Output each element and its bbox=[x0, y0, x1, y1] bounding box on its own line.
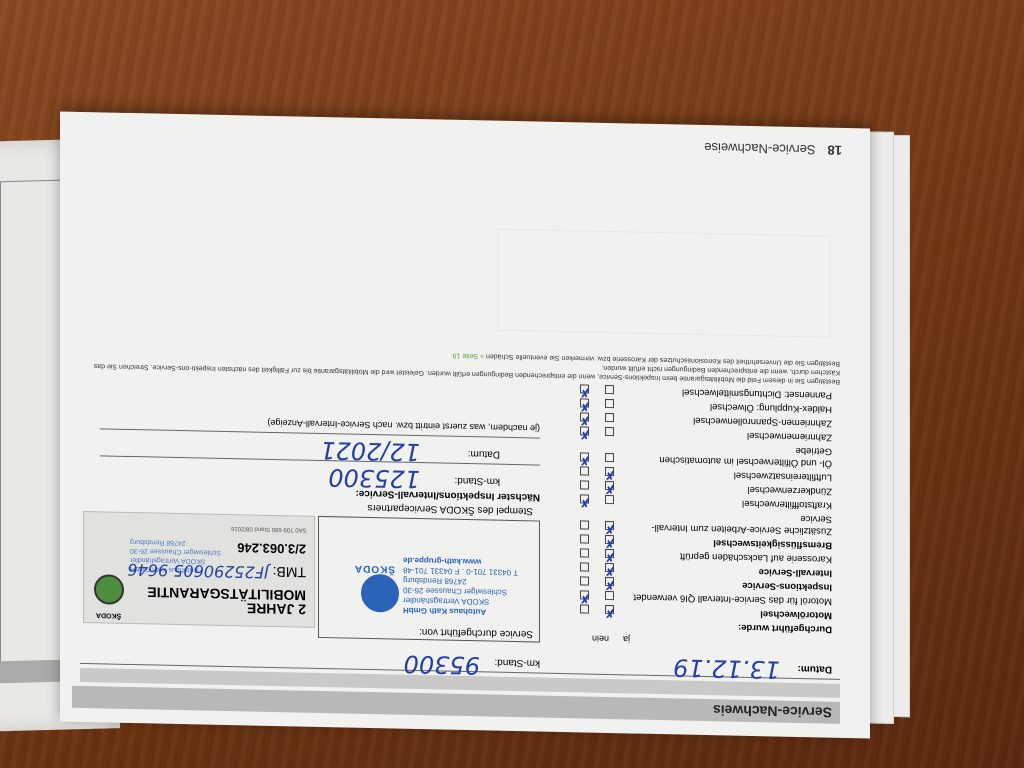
checkbox-nein[interactable]: ✗ bbox=[580, 412, 589, 421]
handwritten-cross-icon: ✗ bbox=[580, 496, 590, 508]
checkbox-nein[interactable] bbox=[580, 480, 589, 489]
checklist-item: Öl- und Ölfilterwechsel im automatischen… bbox=[562, 439, 832, 469]
checkbox-ja[interactable]: ✗ bbox=[605, 605, 614, 614]
handwritten-cross-icon: ✗ bbox=[580, 454, 590, 466]
next-date-handwritten: 12/2021 bbox=[320, 436, 420, 466]
handwritten-cross-icon: ✗ bbox=[605, 565, 615, 577]
checkbox-nein[interactable] bbox=[580, 548, 589, 557]
handwritten-cross-icon: ✗ bbox=[605, 483, 615, 495]
skoda-green-logo-icon bbox=[94, 574, 124, 605]
no-label: nein bbox=[592, 634, 609, 644]
checkbox-ja[interactable]: ✗ bbox=[605, 535, 614, 544]
checkbox-nein[interactable] bbox=[580, 534, 589, 543]
checkbox-nein[interactable]: ✗ bbox=[580, 452, 589, 461]
page-link[interactable]: » Seite 19. bbox=[451, 352, 484, 360]
checkbox-ja[interactable] bbox=[605, 453, 614, 462]
checkbox-ja[interactable]: ✗ bbox=[605, 563, 614, 572]
date-label: Datum: bbox=[798, 663, 832, 675]
checkbox-ja[interactable]: ✗ bbox=[605, 577, 614, 586]
km-handwritten: 95300 bbox=[404, 650, 480, 680]
yes-no-header: ja nein bbox=[592, 634, 630, 645]
checkbox-nein[interactable]: ✗ bbox=[580, 426, 589, 435]
checkbox-ja[interactable] bbox=[605, 591, 614, 600]
handwritten-cross-icon: ✗ bbox=[605, 469, 615, 481]
skoda-wordmark: ŠKODA bbox=[354, 563, 395, 575]
stamp-caption: Stempel des ŠKODA Servicepartners bbox=[367, 502, 533, 516]
checkbox-nein[interactable] bbox=[580, 562, 589, 571]
service-page: 18 Service-Nachweise Service-Nachweis Da… bbox=[60, 112, 870, 739]
handwritten-cross-icon: ✗ bbox=[580, 414, 590, 426]
checkbox-nein[interactable] bbox=[580, 520, 589, 529]
dealer-address: Autohaus Kath GmbH SKODA Vertragshändler… bbox=[403, 555, 523, 618]
handwritten-cross-icon: ✗ bbox=[605, 537, 615, 549]
sticker-title: 2 JAHRE MOBILITÄTSGARANTIE bbox=[147, 585, 306, 616]
checkbox-ja[interactable]: ✗ bbox=[605, 481, 614, 490]
sticker-brand: ŠKODA bbox=[96, 611, 121, 619]
checkbox-ja[interactable]: ✗ bbox=[605, 467, 614, 476]
service-record-form: Datum: 13.12.19 km-Stand: 95300 ja nein … bbox=[80, 373, 840, 680]
dealer-stamp: ŠKODA Autohaus Kath GmbH SKODA Vertragsh… bbox=[333, 537, 523, 621]
handwritten-cross-icon: ✗ bbox=[580, 386, 590, 398]
handwritten-cross-icon: ✗ bbox=[605, 523, 615, 535]
checkbox-nein[interactable] bbox=[580, 604, 589, 613]
checkbox-nein[interactable]: ✗ bbox=[580, 494, 589, 503]
handwritten-cross-icon: ✗ bbox=[580, 400, 590, 412]
handwritten-cross-icon: ✗ bbox=[580, 592, 590, 604]
checkbox-nein[interactable]: ✗ bbox=[580, 590, 589, 599]
handwritten-cross-icon: ✗ bbox=[580, 428, 590, 440]
sticker-part-number: 5A0 T09 680 Stand 08/2016 bbox=[231, 525, 306, 533]
checkbox-ja[interactable] bbox=[605, 495, 614, 504]
checkbox-ja[interactable] bbox=[605, 385, 614, 394]
checkbox-ja[interactable]: ✗ bbox=[605, 521, 614, 530]
checkbox-nein[interactable]: ✗ bbox=[580, 398, 589, 407]
checkbox-ja[interactable] bbox=[605, 399, 614, 408]
checkbox-ja[interactable] bbox=[605, 427, 614, 436]
checkbox-nein[interactable]: ✗ bbox=[580, 384, 589, 393]
running-title: Service-Nachweise bbox=[704, 140, 815, 157]
checkbox-ja[interactable] bbox=[605, 413, 614, 422]
date-handwritten: 13.12.19 bbox=[673, 653, 780, 683]
show-through-print bbox=[498, 229, 830, 338]
dealer-stamp-box: Service durchgeführt von: ŠKODA Autohaus… bbox=[318, 516, 540, 643]
sticker-code: 2/3.063.246 bbox=[237, 540, 306, 556]
checkbox-ja[interactable]: ✗ bbox=[605, 549, 614, 558]
page-number: 18 bbox=[828, 143, 842, 158]
handwritten-cross-icon: ✗ bbox=[605, 579, 615, 591]
folio: 18 Service-Nachweise bbox=[704, 140, 842, 158]
next-service: Nächster Inspektions/Intervall-Service: … bbox=[100, 414, 540, 502]
km-label: km-Stand: bbox=[494, 657, 540, 669]
handwritten-cross-icon: ✗ bbox=[605, 607, 615, 619]
checkbox-nein[interactable] bbox=[580, 576, 589, 585]
service-by-label: Service durchgeführt von: bbox=[419, 626, 533, 639]
handwritten-cross-icon: ✗ bbox=[605, 551, 615, 563]
skoda-logo-icon bbox=[361, 574, 399, 613]
yes-label: ja bbox=[623, 634, 630, 644]
checklist-item: Zusätzliche Service-Arbeiten zum Interva… bbox=[562, 507, 832, 537]
checkbox-nein[interactable] bbox=[580, 466, 589, 475]
mobility-guarantee-sticker: ŠKODA 2 JAHRE MOBILITÄTSGARANTIE Autohau… bbox=[83, 511, 315, 628]
next-km-handwritten: 125300 bbox=[328, 463, 420, 493]
sticker-tmb: TMB: JF25290605 9646 bbox=[127, 560, 306, 583]
service-checklist: Durchgeführt wurde: Motorölwechsel✗Motor… bbox=[562, 381, 832, 635]
